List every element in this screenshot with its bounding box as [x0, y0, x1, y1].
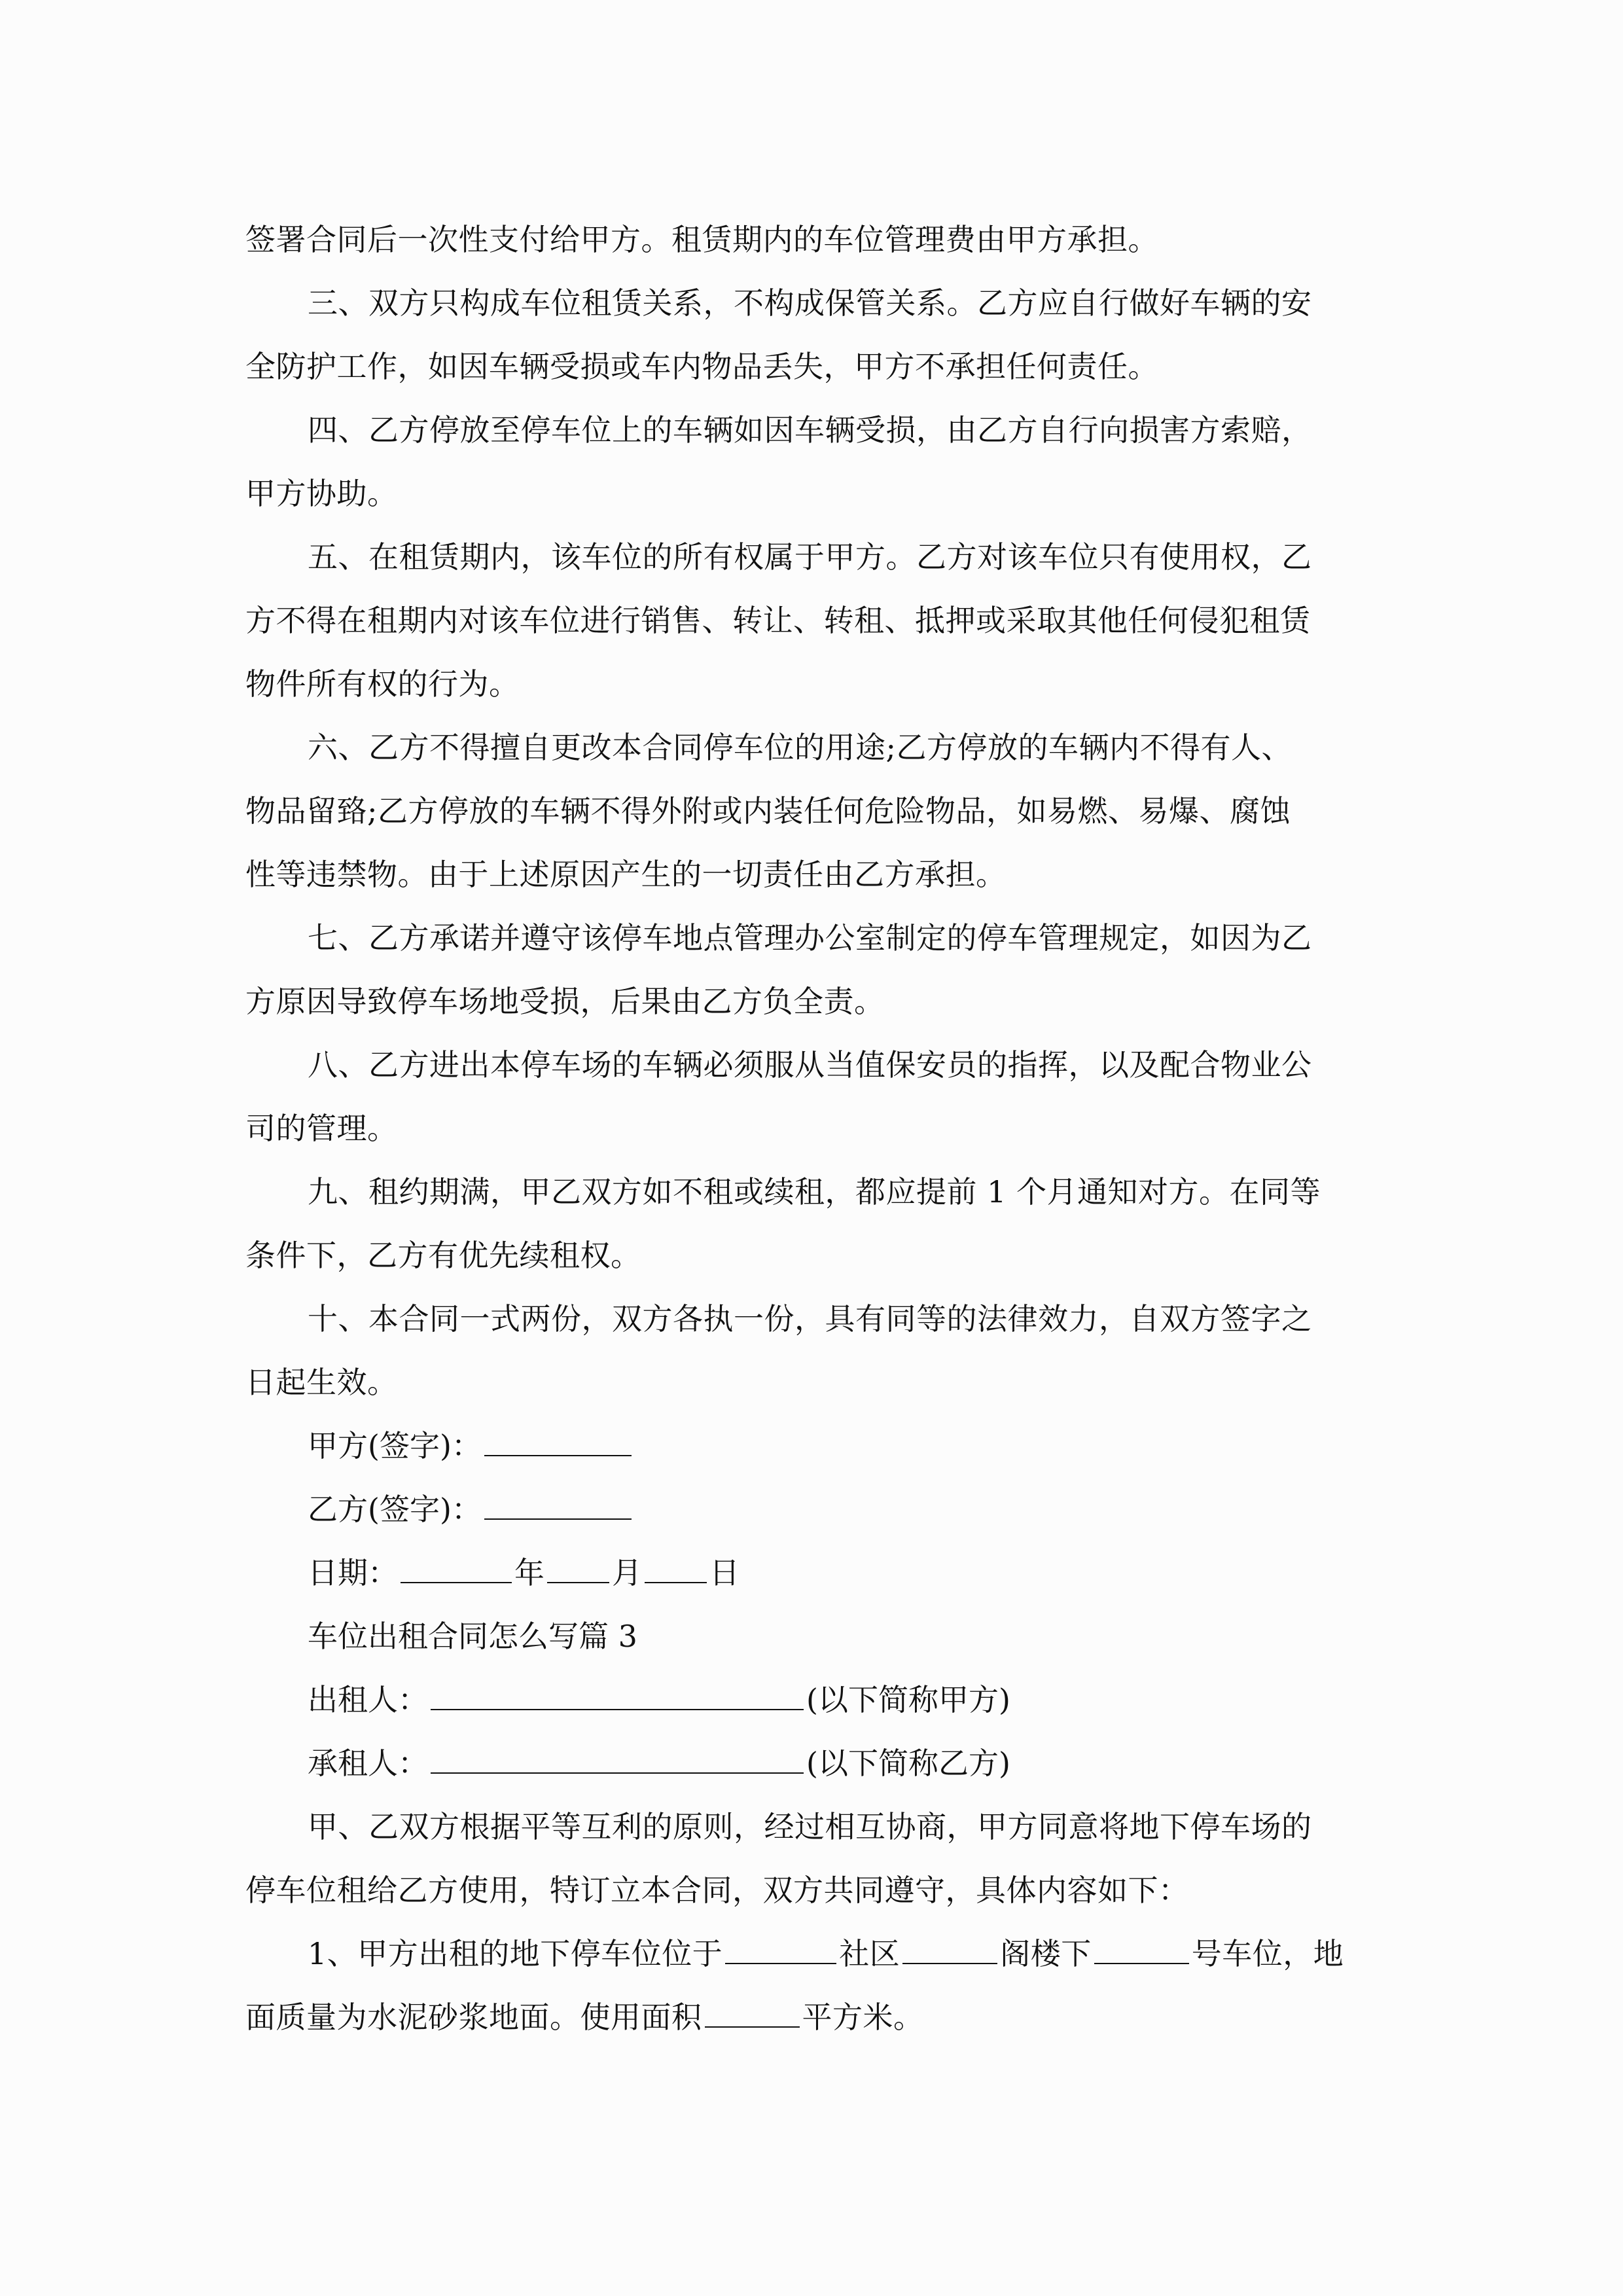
month-blank[interactable] — [547, 1556, 609, 1583]
lessor-label: 出租人： — [308, 1682, 428, 1717]
community-blank[interactable] — [725, 1937, 836, 1964]
clause-3: 三、双方只构成车位租赁关系，不构成保管关系。乙方应自行做好车辆的安 全防护工作，… — [245, 272, 1381, 399]
date-label: 日期： — [308, 1555, 398, 1590]
clause-7: 七、乙方承诺并遵守该停车地点管理办公室制定的停车管理规定，如因为乙 方原因导致停… — [245, 906, 1381, 1033]
space-number-blank[interactable] — [1094, 1937, 1189, 1964]
clause-5: 五、在租赁期内，该车位的所有权属于甲方。乙方对该车位只有使用权，乙 方不得在租期… — [245, 526, 1381, 716]
lessee-suffix: (以下简称乙方) — [806, 1746, 1010, 1781]
clause-4: 四、乙方停放至停车位上的车辆如因车辆受损，由乙方自行向损害方索赔， 甲方协助。 — [245, 399, 1381, 526]
lessee-label: 承租人： — [308, 1746, 428, 1781]
month-label: 月 — [612, 1555, 642, 1590]
clause-10: 十、本合同一式两份，双方各执一份，具有同等的法律效力，自双方签字之 日起生效。 — [245, 1287, 1381, 1414]
lessor-suffix: (以下简称甲方) — [806, 1682, 1010, 1717]
party-b-signature: 乙方(签字)： — [245, 1478, 1381, 1541]
lessor-row: 出租人：(以下简称甲方) — [245, 1668, 1381, 1732]
building-blank[interactable] — [902, 1937, 997, 1964]
year-label: 年 — [514, 1555, 544, 1590]
party-a-signature-label: 甲方(签字)： — [308, 1428, 482, 1463]
clause-6: 六、乙方不得擅自更改本合同停车位的用途;乙方停放的车辆内不得有人、 物品留臵;乙… — [245, 716, 1381, 906]
paragraph-continuation: 签署合同后一次性支付给甲方。租赁期内的车位管理费由甲方承担。 — [245, 208, 1381, 272]
section-title: 车位出租合同怎么写篇 3 — [245, 1605, 1381, 1668]
clause-1: 1、甲方出租的地下停车位位于社区阁楼下号车位，地 面质量为水泥砂浆地面。使用面积… — [245, 1922, 1381, 2049]
party-b-signature-blank[interactable] — [484, 1492, 632, 1520]
day-label: 日 — [709, 1555, 740, 1590]
area-blank[interactable] — [705, 2000, 800, 2028]
intro-paragraph: 甲、乙双方根据平等互利的原则，经过相互协商，甲方同意将地下停车场的 停车位租给乙… — [245, 1795, 1381, 1922]
party-a-signature: 甲方(签字)： — [245, 1414, 1381, 1478]
clause-8: 八、乙方进出本停车场的车辆必须服从当值保安员的指挥，以及配合物业公 司的管理。 — [245, 1033, 1381, 1160]
party-b-signature-label: 乙方(签字)： — [308, 1492, 482, 1527]
date-row: 日期：年月日 — [245, 1541, 1381, 1605]
document-page: 签署合同后一次性支付给甲方。租赁期内的车位管理费由甲方承担。 三、双方只构成车位… — [245, 208, 1381, 2049]
lessor-blank[interactable] — [431, 1683, 804, 1710]
party-a-signature-blank[interactable] — [484, 1429, 632, 1456]
day-blank[interactable] — [645, 1556, 707, 1583]
lessee-blank[interactable] — [431, 1746, 804, 1774]
year-blank[interactable] — [401, 1556, 512, 1583]
clause-9: 九、租约期满，甲乙双方如不租或续租，都应提前 1 个月通知对方。在同等 条件下，… — [245, 1160, 1381, 1287]
lessee-row: 承租人：(以下简称乙方) — [245, 1732, 1381, 1795]
